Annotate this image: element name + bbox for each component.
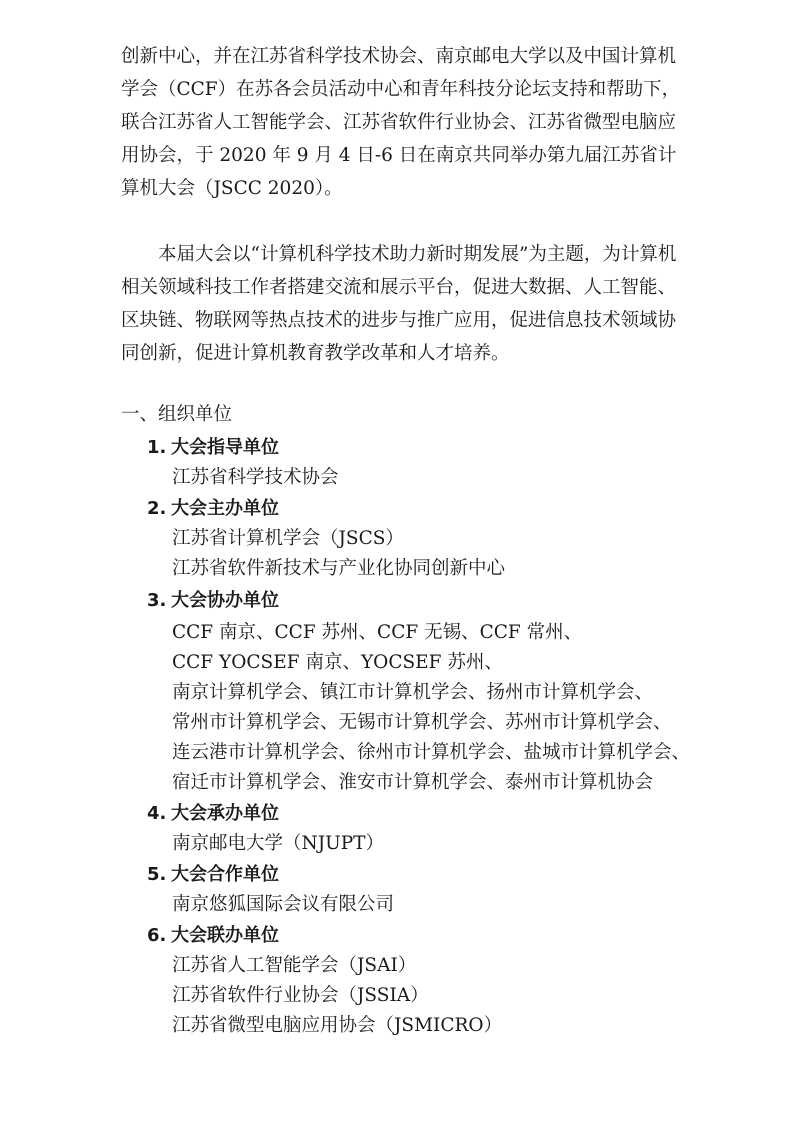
group-item: 常州市计算机学会、无锡市计算机学会、苏州市计算机学会、 — [172, 712, 672, 734]
intro-paragraph-1: 创新中心，并在江苏省科学技术协会、南京邮电大学以及中国计算机学会（CCF）在苏各… — [121, 40, 691, 205]
group-heading-1: 1.大会指导单位 — [147, 437, 279, 459]
group-item: 江苏省科学技术协会 — [172, 467, 339, 489]
group-item: 南京悠狐国际会议有限公司 — [172, 894, 394, 916]
group-item: 江苏省人工智能学会（JSAI） — [172, 955, 416, 977]
group-item: 江苏省微型电脑应用协会（JSMICRO） — [172, 1015, 502, 1037]
group-item: 江苏省计算机学会（JSCS） — [172, 528, 404, 550]
group-item: 江苏省软件行业协会（JSSIA） — [172, 985, 429, 1007]
group-heading-5: 5.大会合作单位 — [147, 864, 279, 886]
group-item: 南京邮电大学（NJUPT） — [172, 833, 384, 855]
intro-paragraph-2: 本届大会以“计算机科学技术助力新时期发展”为主题，为计算机相关领域科技工作者搭建… — [121, 238, 691, 370]
group-heading-6: 6.大会联办单位 — [147, 925, 279, 947]
group-item: 连云港市计算机学会、徐州市计算机学会、盐城市计算机学会、 — [172, 742, 690, 764]
group-item: CCF 南京、CCF 苏州、CCF 无锡、CCF 常州、 — [172, 622, 582, 644]
group-heading-4: 4.大会承办单位 — [147, 803, 279, 825]
group-item: 宿迁市计算机学会、淮安市计算机学会、泰州市计算机协会 — [172, 772, 653, 794]
group-item: CCF YOCSEF 南京、YOCSEF 苏州、 — [172, 652, 503, 674]
document-page: 创新中心，并在江苏省科学技术协会、南京邮电大学以及中国计算机学会（CCF）在苏各… — [0, 0, 800, 1131]
group-item: 江苏省软件新技术与产业化协同创新中心 — [172, 558, 505, 580]
group-item: 南京计算机学会、镇江市计算机学会、扬州市计算机学会、 — [172, 682, 653, 704]
section-title: 一、组织单位 — [121, 404, 232, 426]
group-heading-3: 3.大会协办单位 — [147, 590, 279, 612]
group-heading-2: 2.大会主办单位 — [147, 498, 279, 520]
